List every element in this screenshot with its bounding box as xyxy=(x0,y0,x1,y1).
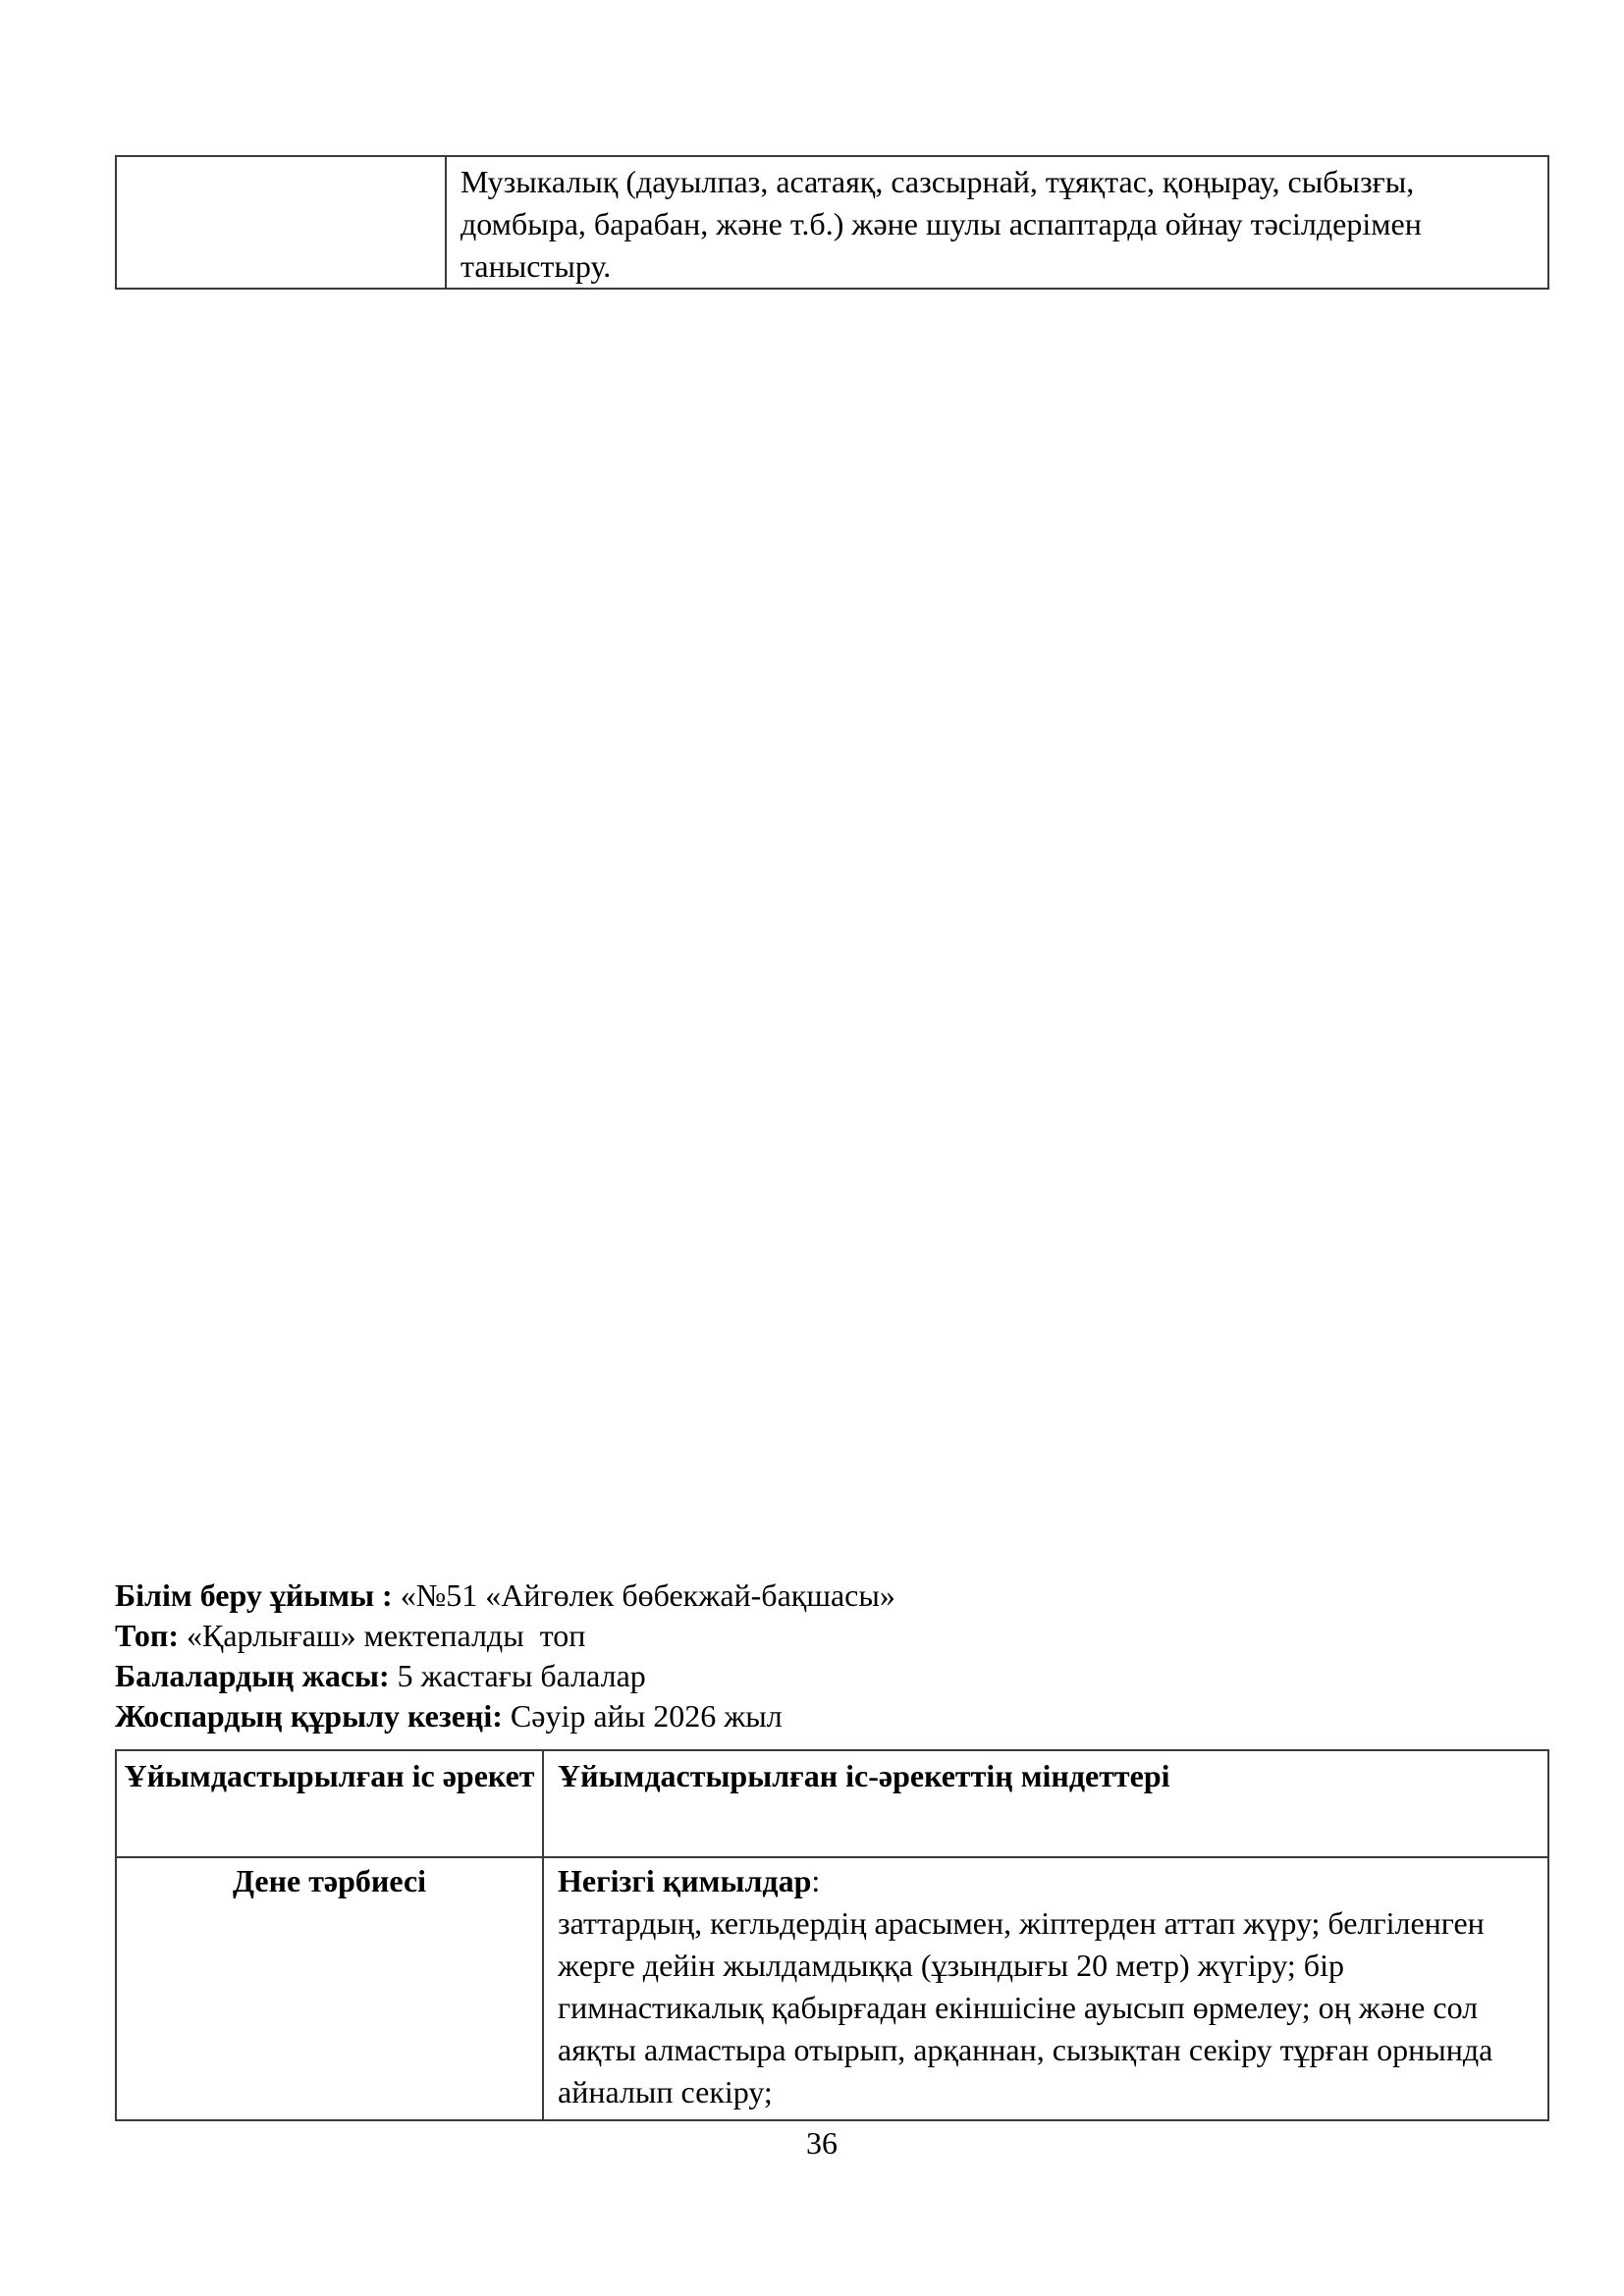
document-page: Музыкалық (дауылпаз, асатаяқ, сазсырнай,… xyxy=(0,0,1624,2296)
table-header-row: Ұйымдастырылған іс әрекет Ұйымдастырылға… xyxy=(116,1750,1548,1857)
tasks-heading-line: Негізгі қимылдар: xyxy=(558,1860,1538,1902)
organization-line: Білім беру ұйымы : «№51 «Айгөлек бөбекжа… xyxy=(115,1575,1548,1616)
tasks-content: Негізгі қимылдар: заттардың, кегльдердің… xyxy=(544,1858,1547,2113)
organization-label: Білім беру ұйымы : xyxy=(115,1577,393,1613)
header-cell-tasks: Ұйымдастырылған іс-әрекеттің міндеттері xyxy=(543,1750,1548,1857)
table-row: Музыкалық (дауылпаз, асатаяқ, сазсырнай,… xyxy=(116,156,1548,289)
tasks-text: заттардың, кегльдердің арасымен, жіптерд… xyxy=(558,1902,1538,2113)
cell-text xyxy=(117,157,445,161)
header-activity: Ұйымдастырылған іс әрекет xyxy=(117,1751,542,1797)
group-line: Топ: «Қарлығаш» мектепалды топ xyxy=(115,1616,1548,1656)
group-label: Топ: xyxy=(115,1618,179,1653)
period-value: Сәуір айы 2026 жыл xyxy=(503,1698,783,1734)
group-value: «Қарлығаш» мектепалды топ xyxy=(179,1618,585,1653)
activity-name: Дене тәрбиесі xyxy=(117,1858,542,1902)
table-cell-tasks: Музыкалық (дауылпаз, асатаяқ, сазсырнай,… xyxy=(446,156,1548,289)
table-cell-activity: Дене тәрбиесі xyxy=(116,1857,543,2120)
age-label: Балалардың жасы: xyxy=(115,1658,390,1693)
page-number: 36 xyxy=(0,2123,1624,2163)
period-label: Жоспардың құрылу кезеңі: xyxy=(115,1698,503,1734)
header-tasks: Ұйымдастырылған іс-әрекеттің міндеттері xyxy=(544,1751,1547,1797)
table-cell-tasks: Негізгі қимылдар: заттардың, кегльдердің… xyxy=(543,1857,1548,2120)
table-row: Дене тәрбиесі Негізгі қимылдар: заттарды… xyxy=(116,1857,1548,2120)
music-tasks-text: Музыкалық (дауылпаз, асатаяқ, сазсырнай,… xyxy=(447,157,1547,288)
plan-info-header: Білім беру ұйымы : «№51 «Айгөлек бөбекжа… xyxy=(115,1575,1548,1736)
age-line: Балалардың жасы: 5 жастағы балалар xyxy=(115,1656,1548,1696)
age-value: 5 жастағы балалар xyxy=(390,1658,646,1693)
period-line: Жоспардың құрылу кезеңі: Сәуір айы 2026 … xyxy=(115,1696,1548,1736)
organization-value: «№51 «Айгөлек бөбекжай-бақшасы» xyxy=(393,1577,895,1613)
tasks-heading-colon: : xyxy=(811,1863,820,1898)
activity-tasks-table: Ұйымдастырылған іс әрекет Ұйымдастырылға… xyxy=(115,1749,1549,2121)
continuation-table: Музыкалық (дауылпаз, асатаяқ, сазсырнай,… xyxy=(115,155,1549,290)
tasks-heading: Негізгі қимылдар xyxy=(558,1863,811,1898)
table-cell-activity xyxy=(116,156,446,289)
header-cell-activity: Ұйымдастырылған іс әрекет xyxy=(116,1750,543,1857)
